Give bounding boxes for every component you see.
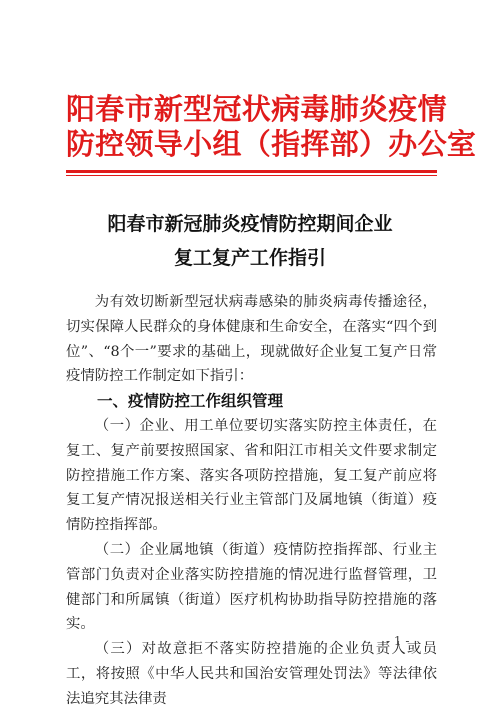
document-page: 阳春市新型冠状病毒肺炎疫情 防控领导小组（指挥部）办公室 阳春市新冠肺炎疫情防控… [0, 0, 500, 707]
list-item: （三）对故意拒不落实防控措施的企业负责人或员工，将按照《中华人民共和国治安管理处… [66, 637, 437, 707]
document-body: 为有效切断新型冠状病毒感染的肺炎病毒传播途径，切实保障人民群众的身体健康和生命安… [66, 290, 437, 707]
document-title-line1: 阳春市新冠肺炎疫情防控期间企业 [0, 212, 500, 236]
list-item: （二）企业属地镇（街道）疫情防控指挥部、行业主管部门负责对企业落实防控措施的情况… [66, 538, 437, 637]
red-header-rule-thin [66, 175, 437, 176]
page-number: - 1 - [386, 634, 409, 648]
section-heading: 一、疫情防控工作组织管理 [66, 389, 437, 414]
issuer-title-line2: 防控领导小组（指挥部）办公室 [66, 127, 437, 162]
document-title-line2: 复工复产工作指引 [0, 246, 500, 270]
list-item: （一）企业、用工单位要切实落实防控主体责任，在复工、复产前要按照国家、省和阳江市… [66, 414, 437, 538]
intro-paragraph: 为有效切断新型冠状病毒感染的肺炎病毒传播途径，切实保障人民群众的身体健康和生命安… [66, 290, 437, 389]
issuer-title-line1: 阳春市新型冠状病毒肺炎疫情 [66, 92, 437, 127]
red-header-rule-thick [66, 170, 437, 173]
